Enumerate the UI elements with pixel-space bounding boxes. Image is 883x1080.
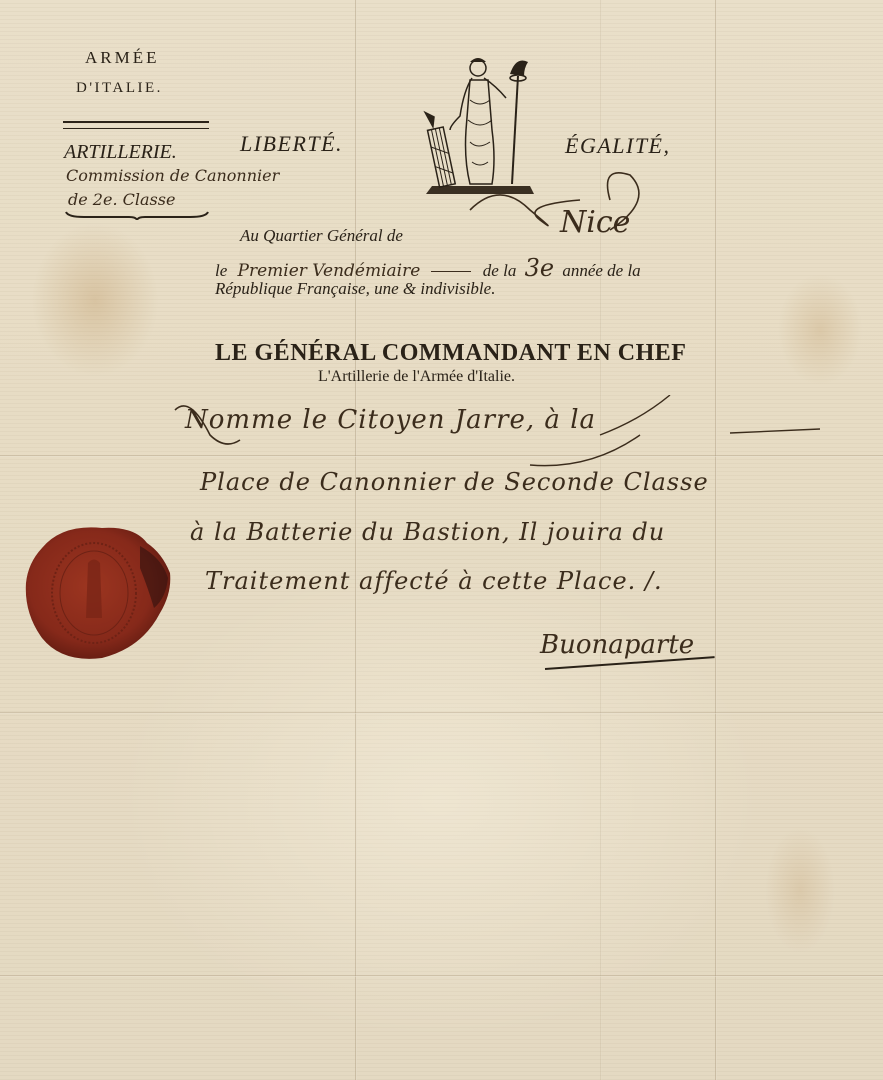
handwritten-commission-line1: Commission de Canonnier	[66, 166, 279, 185]
body-line-2: Place de Canonnier de Seconde Classe	[200, 468, 709, 496]
motto-egalite: ÉGALITÉ,	[565, 133, 671, 159]
dateline-de-la: de la	[483, 261, 517, 280]
document-title: LE GÉNÉRAL COMMANDANT EN CHEF	[215, 340, 686, 367]
republic-line: République Française, une & indivisible.	[215, 279, 495, 299]
body-line-3: à la Batterie du Bastion, Il jouira du	[190, 518, 665, 546]
header-rule	[63, 121, 209, 129]
body-line-4: Traitement affecté à cette Place. /.	[205, 567, 663, 595]
flourish-nice-icon	[460, 170, 660, 240]
signature: Buonaparte	[540, 630, 694, 660]
dateline-date-line: le Premier Vendémiaire de la 3e année de…	[215, 254, 641, 282]
section-artillerie: ARTILLERIE.	[64, 141, 177, 164]
flourish-body-icon	[170, 395, 830, 475]
document-page: ARMÉE D'ITALIE. ARTILLERIE. Commission d…	[0, 0, 883, 1080]
brace-ornament-icon	[64, 210, 210, 220]
fold-line-vertical	[715, 0, 717, 1080]
header-italie: D'ITALIE.	[76, 80, 163, 97]
fold-line-horizontal	[0, 975, 883, 977]
handwritten-commission-line2: de 2e. Classe	[68, 190, 175, 209]
header-armee: ARMÉE	[85, 48, 160, 68]
wax-seal-icon	[22, 518, 172, 663]
dateline-le: le	[215, 261, 227, 280]
document-subtitle: L'Artillerie de l'Armée d'Italie.	[318, 368, 515, 386]
handwritten-date: Premier Vendémiaire	[232, 261, 427, 281]
dateline-annee: année de la	[562, 261, 640, 280]
dateline-quartier-general: Au Quartier Général de	[240, 226, 403, 246]
motto-liberte: LIBERTÉ.	[240, 131, 343, 157]
handwritten-year: 3e	[521, 254, 558, 282]
fold-line-horizontal	[0, 712, 883, 714]
